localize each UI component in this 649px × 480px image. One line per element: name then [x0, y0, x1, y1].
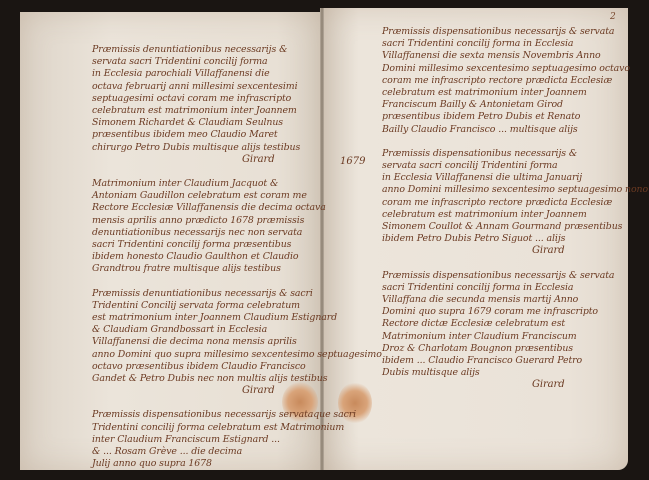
text-line: Dubis multisque alijs — [382, 367, 648, 379]
text-line: Rectore Ecclesiæ Villaffanensis die deci… — [92, 202, 382, 214]
text-line: ibidem ... Claudio Francisco Guerard Pet… — [382, 355, 648, 367]
text-line: Villaffanensi die sexta mensis Novembris… — [382, 50, 648, 62]
text-line: anno Domini millesimo sexcentesimo septu… — [382, 184, 648, 196]
folio-number: 2 — [610, 12, 616, 22]
text-line: septuagesimi octavi coram me infrascript… — [92, 93, 382, 105]
text-line: Tridentini Concilij servata forma celebr… — [92, 300, 382, 312]
text-line: sacri Tridentini concilij forma in Eccle… — [382, 38, 648, 50]
signature: Girard — [92, 154, 382, 166]
text-line: octavo præsentibus ibidem Claudio Franci… — [92, 361, 382, 373]
text-line: Domini millesimo sexcentesimo septuagesi… — [382, 63, 648, 75]
text-line: Grandtrou fratre multisque alijs testibu… — [92, 263, 382, 275]
text-line: Gandet & Petro Dubis nec non multis alij… — [92, 373, 382, 385]
text-line: Præmissis dispensationibus necessarijs &… — [382, 270, 648, 282]
entry: Præmissis dispensationibus necessarijs &… — [382, 148, 648, 258]
text-line: Domini quo supra 1679 coram me infrascri… — [382, 306, 648, 318]
entry: Præmissis dispensationibus necessarijs &… — [382, 26, 648, 136]
entry: Præmissis denuntiationibus necessarijs &… — [92, 288, 382, 398]
signature: Girard — [92, 385, 382, 397]
text-line: sacri Tridentini concilij forma in Eccle… — [382, 282, 648, 294]
signature: Girard — [382, 379, 648, 391]
signature: Girard — [382, 245, 648, 257]
text-line: præsentibus ibidem meo Claudio Maret — [92, 129, 382, 141]
text-line: anno Domini quo supra millesimo sexcente… — [92, 349, 382, 361]
text-line: Matrimonium inter Claudium Jacquot & — [92, 178, 382, 190]
text-line: octava februarij anni millesimi sexcente… — [92, 81, 382, 93]
margin-year: 1679 — [340, 156, 365, 167]
left-page-text: Præmissis denuntiationibus necessarijs &… — [92, 44, 382, 480]
text-line: Villaffanensi die decima nona mensis apr… — [92, 336, 382, 348]
text-line: Villaffana die secunda mensis martij Ann… — [382, 294, 648, 306]
text-line: Præmissis denuntiationibus necessarijs & — [92, 44, 382, 56]
text-line: & Claudiam Grandbossart in Ecclesia — [92, 324, 382, 336]
text-line: Præmissis denuntiationibus necessarijs &… — [92, 288, 382, 300]
text-line: Simonem Richardet & Claudiam Seulnus — [92, 117, 382, 129]
entry: Præmissis dispensationibus necessarijs s… — [92, 409, 382, 470]
text-line: chirurgo Petro Dubis multisque alijs tes… — [92, 142, 382, 154]
text-line: ibidem honesto Claudio Gaulthon et Claud… — [92, 251, 382, 263]
text-line: Matrimonium inter Claudium Franciscum — [382, 331, 648, 343]
text-line: mensis aprilis anno prædicto 1678 præmis… — [92, 215, 382, 227]
text-line: in Ecclesia Villaffanensi die ultima Jan… — [382, 172, 648, 184]
text-line: celebratum est matrimonium inter Joannem — [92, 105, 382, 117]
text-line: celebratum est matrimonium inter Joannem — [382, 87, 648, 99]
text-line: est matrimonium inter Joannem Claudium E… — [92, 312, 382, 324]
entry: Præmissis denuntiationibus necessarijs &… — [92, 44, 382, 166]
text-line: denuntiationibus necessarijs nec non ser… — [92, 227, 382, 239]
text-line: præsentibus ibidem Petro Dubis et Renato — [382, 111, 648, 123]
text-line: Præmissis dispensationibus necessarijs & — [382, 148, 648, 160]
text-line: Franciscum Bailly & Antonietam Girod — [382, 99, 648, 111]
text-line: Droz & Charlotam Bougnon præsentibus — [382, 343, 648, 355]
text-line: sacri Tridentini concilij forma præsenti… — [92, 239, 382, 251]
text-line: ibidem Petro Dubis Petro Siguot ... alij… — [382, 233, 648, 245]
text-line: Præmissis dispensationibus necessarijs &… — [382, 26, 648, 38]
text-line: coram me infrascripto rectore prædicta E… — [382, 75, 648, 87]
text-line: inter Claudium Franciscum Estignard ... — [92, 434, 382, 446]
text-line: Tridentini concilij forma celebratum est… — [92, 422, 382, 434]
text-line: Præmissis dispensationibus necessarijs s… — [92, 409, 382, 421]
entry: Matrimonium inter Claudium Jacquot & Ant… — [92, 178, 382, 276]
entry: Præmissis dispensationibus necessarijs &… — [382, 270, 648, 392]
right-page-text: Præmissis dispensationibus necessarijs &… — [382, 26, 648, 404]
text-line: Julij anno quo supra 1678 — [92, 458, 382, 470]
text-line: in Ecclesia parochiali Villaffanensi die — [92, 68, 382, 80]
text-line: Antoniam Gaudillon celebratum est coram … — [92, 190, 382, 202]
text-line: Simonem Coullot & Annam Gourmand præsent… — [382, 221, 648, 233]
text-line: Bailly Claudio Francisco ... multisque a… — [382, 124, 648, 136]
text-line: servata sacri Tridentini concilij forma — [92, 56, 382, 68]
text-line: Rectore dictæ Ecclesiæ celebratum est — [382, 318, 648, 330]
text-line: coram me infrascripto rectore prædicta E… — [382, 197, 648, 209]
text-line: servata sacri concilij Tridentini forma — [382, 160, 648, 172]
text-line: & ... Rosam Grève ... die decima — [92, 446, 382, 458]
text-line: celebratum est matrimonium inter Joannem — [382, 209, 648, 221]
